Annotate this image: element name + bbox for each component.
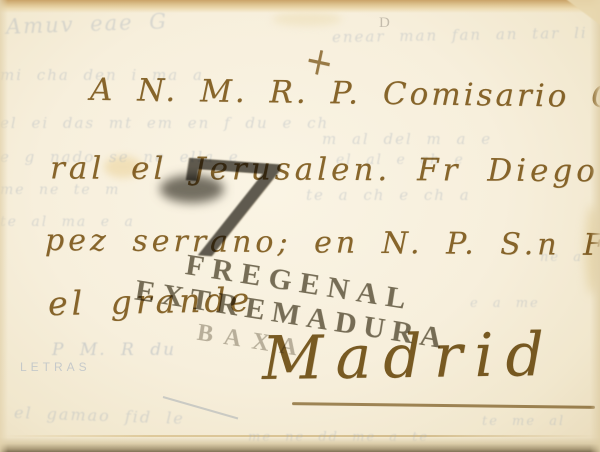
ghost-writing-line: el gamao fid le — [14, 403, 185, 428]
letter-cover-photo: Amuv eae G enear man fan an tar li mi ch… — [0, 0, 600, 452]
ghost-writing-line: el ei das mt em en f du e ch — [0, 114, 329, 132]
paper-edge-bottom — [0, 437, 600, 452]
paper-edge-right — [590, 0, 600, 452]
paper-stain — [272, 12, 342, 26]
ghost-writing-line: m al del m a e — [322, 130, 492, 148]
letras-collection-mark: LETRAS — [20, 360, 91, 374]
destination-underline-flourish — [292, 402, 595, 409]
ghost-writing-line: Amuv eae G — [6, 9, 169, 39]
pencil-mark-d: D — [379, 15, 390, 32]
destination-madrid: Madrid — [262, 320, 557, 394]
ghost-writing-line: te a ch e ch a — [306, 186, 471, 204]
address-line-3: pez serrano; en N. P. S.n Fran.co — [45, 223, 600, 264]
ghost-writing-line: te me al — [482, 414, 565, 429]
ghost-writing-line: enear man fan an tar li — [332, 24, 588, 46]
paper-edge-top — [0, 0, 600, 13]
address-line-1: A N. M. R. P. Comisario Gene — [90, 72, 600, 116]
address-line-2: ral el Jerusalen. Fr Diego Lo — [50, 150, 600, 189]
ghost-writing-line: e a me — [470, 296, 540, 311]
paper-edge-left — [0, 0, 8, 452]
paper-corner-fold — [563, 0, 600, 27]
